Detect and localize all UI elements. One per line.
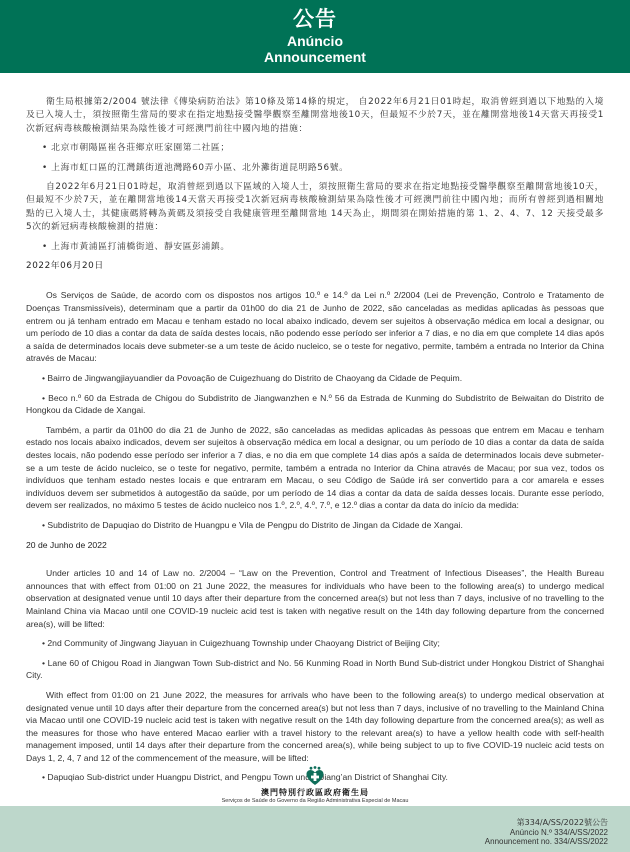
chinese-bullet-item: • 上海市黃浦區打浦橋街道、靜安區彭浦鎮。 [26, 241, 604, 254]
reference-english: Announcement no. 334/A/SS/2022 [485, 837, 608, 847]
announcement-footer: 第334/A/SS/2022號公告 Anúncio N.º 334/A/SS/2… [0, 806, 630, 852]
portuguese-paragraph-2: Também, a partir da 01h00 do dia 21 de J… [26, 424, 604, 512]
title-portuguese: Anúncio [0, 33, 630, 49]
reference-chinese: 第334/A/SS/2022號公告 [485, 818, 608, 828]
portuguese-paragraph-1: Os Serviços de Saúde, de acordo com os d… [26, 289, 604, 365]
title-chinese: 公告 [0, 0, 630, 31]
portuguese-date: 20 de Junho de 2022 [26, 539, 604, 552]
announcement-reference: 第334/A/SS/2022號公告 Anúncio N.º 334/A/SS/2… [485, 818, 608, 847]
heart-cross-logo-icon [305, 766, 325, 786]
title-english: Announcement [0, 49, 630, 65]
english-paragraph-1: Under articles 10 and 14 of Law no. 2/20… [26, 567, 604, 630]
chinese-bullet-item: • 上海市虹口區的江灣鎮街道池灣路60弄小區、北外灘街道昆明路56號。 [26, 162, 604, 175]
portuguese-bullet-item: • Subdistrito de Dapuqiao do Distrito de… [26, 519, 604, 532]
chinese-paragraph-1: 衛生局根據第2/2004 號法律《傳染病防治法》第10條及第14條的規定， 自2… [26, 96, 604, 136]
bureau-name-portuguese: Serviços de Saúde do Governo da Região A… [0, 798, 630, 805]
announcement-body: 衛生局根據第2/2004 號法律《傳染病防治法》第10條及第14條的規定， 自2… [26, 96, 604, 821]
english-bullet-item: • 2nd Community of Jingwang Jiayuan in C… [26, 637, 604, 650]
portuguese-bullet-item: • Beco n.º 60 da Estrada de Chigou do Su… [26, 392, 604, 417]
portuguese-bullet-item: • Bairro de Jingwangjiayuandier da Povoa… [26, 372, 604, 385]
chinese-section: 衛生局根據第2/2004 號法律《傳染病防治法》第10條及第14條的規定， 自2… [26, 96, 604, 273]
english-paragraph-2: With effect from 01:00 on 21 June 2022, … [26, 689, 604, 765]
portuguese-section: Os Serviços de Saúde, de acordo com os d… [26, 289, 604, 551]
chinese-paragraph-2: 自2022年6月21日01時起，取消曾經到過以下區域的入境人士，須按照衛生當局的… [26, 181, 604, 235]
bureau-name-chinese: 澳門特別行政區政府衛生局 [0, 788, 630, 798]
chinese-bullet-item: • 北京市朝陽區崔各莊鄉京旺家園第二社區； [26, 142, 604, 155]
chinese-date: 2022年06月20日 [26, 260, 604, 273]
english-bullet-item: • Lane 60 of Chigou Road in Jiangwan Tow… [26, 657, 604, 682]
announcement-header: 公告 Anúncio Announcement [0, 0, 630, 73]
health-bureau-logo: 澳門特別行政區政府衛生局 Serviços de Saúde do Govern… [0, 766, 630, 805]
reference-portuguese: Anúncio N.º 334/A/SS/2022 [485, 828, 608, 838]
